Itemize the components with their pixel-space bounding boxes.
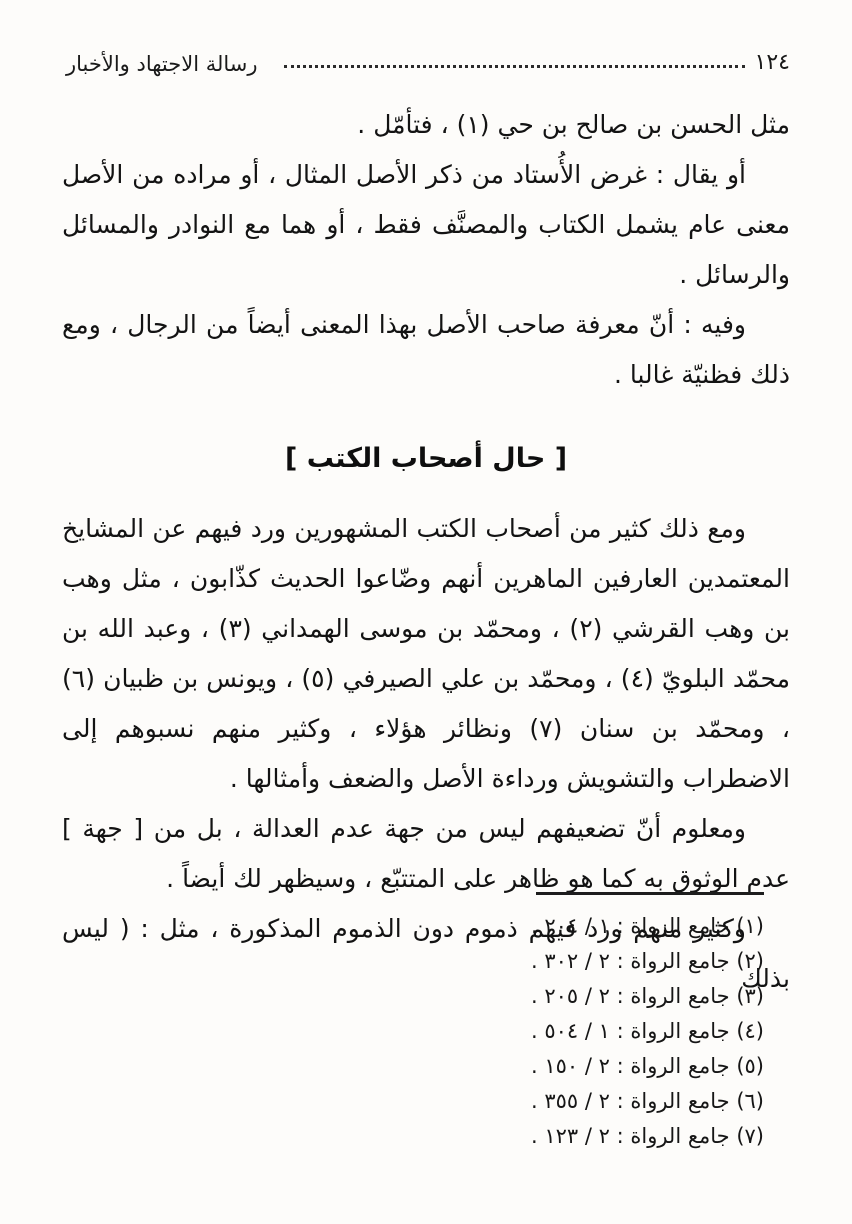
- dot-leader: [284, 65, 745, 68]
- footnote-item: (٦) جامع الرواة : ٢ / ٣٥٥ .: [531, 1084, 764, 1119]
- page-number: ١٢٤: [755, 50, 790, 76]
- footnotes: (١) جامع الرواة : ١ / ٢٠٤ . (٢) جامع الر…: [531, 892, 764, 1154]
- paragraph: مثل الحسن بن صالح بن حي (١) ، فتأمّل .: [62, 100, 790, 150]
- footnote-item: (١) جامع الرواة : ١ / ٢٠٤ .: [531, 909, 764, 944]
- running-title: رسالة الاجتهاد والأخبار: [62, 52, 258, 76]
- footnote-item: (٥) جامع الرواة : ٢ / ١٥٠ .: [531, 1049, 764, 1084]
- footnote-item: (٢) جامع الرواة : ٢ / ٣٠٢ .: [531, 944, 764, 979]
- paragraph: ومع ذلك كثير من أصحاب الكتب المشهورين ور…: [62, 504, 790, 804]
- paragraph: أو يقال : غرض الأُستاد من ذكر الأصل المث…: [62, 150, 790, 300]
- footnote-item: (٣) جامع الرواة : ٢ / ٢٠٥ .: [531, 979, 764, 1014]
- footnote-separator: [536, 892, 764, 895]
- running-header: رسالة الاجتهاد والأخبار ١٢٤: [62, 34, 790, 76]
- section-heading: [ حال أصحاب الكتب ]: [62, 434, 790, 484]
- book-page: رسالة الاجتهاد والأخبار ١٢٤ مثل الحسن بن…: [0, 0, 852, 1224]
- paragraph: وفيه : أنّ معرفة صاحب الأصل بهذا المعنى …: [62, 300, 790, 400]
- paragraph: ومعلوم أنّ تضعيفهم ليس من جهة عدم العدال…: [62, 804, 790, 904]
- body-text: مثل الحسن بن صالح بن حي (١) ، فتأمّل . أ…: [62, 100, 790, 1004]
- footnote-item: (٧) جامع الرواة : ٢ / ١٢٣ .: [531, 1119, 764, 1154]
- footnote-item: (٤) جامع الرواة : ١ / ٥٠٤ .: [531, 1014, 764, 1049]
